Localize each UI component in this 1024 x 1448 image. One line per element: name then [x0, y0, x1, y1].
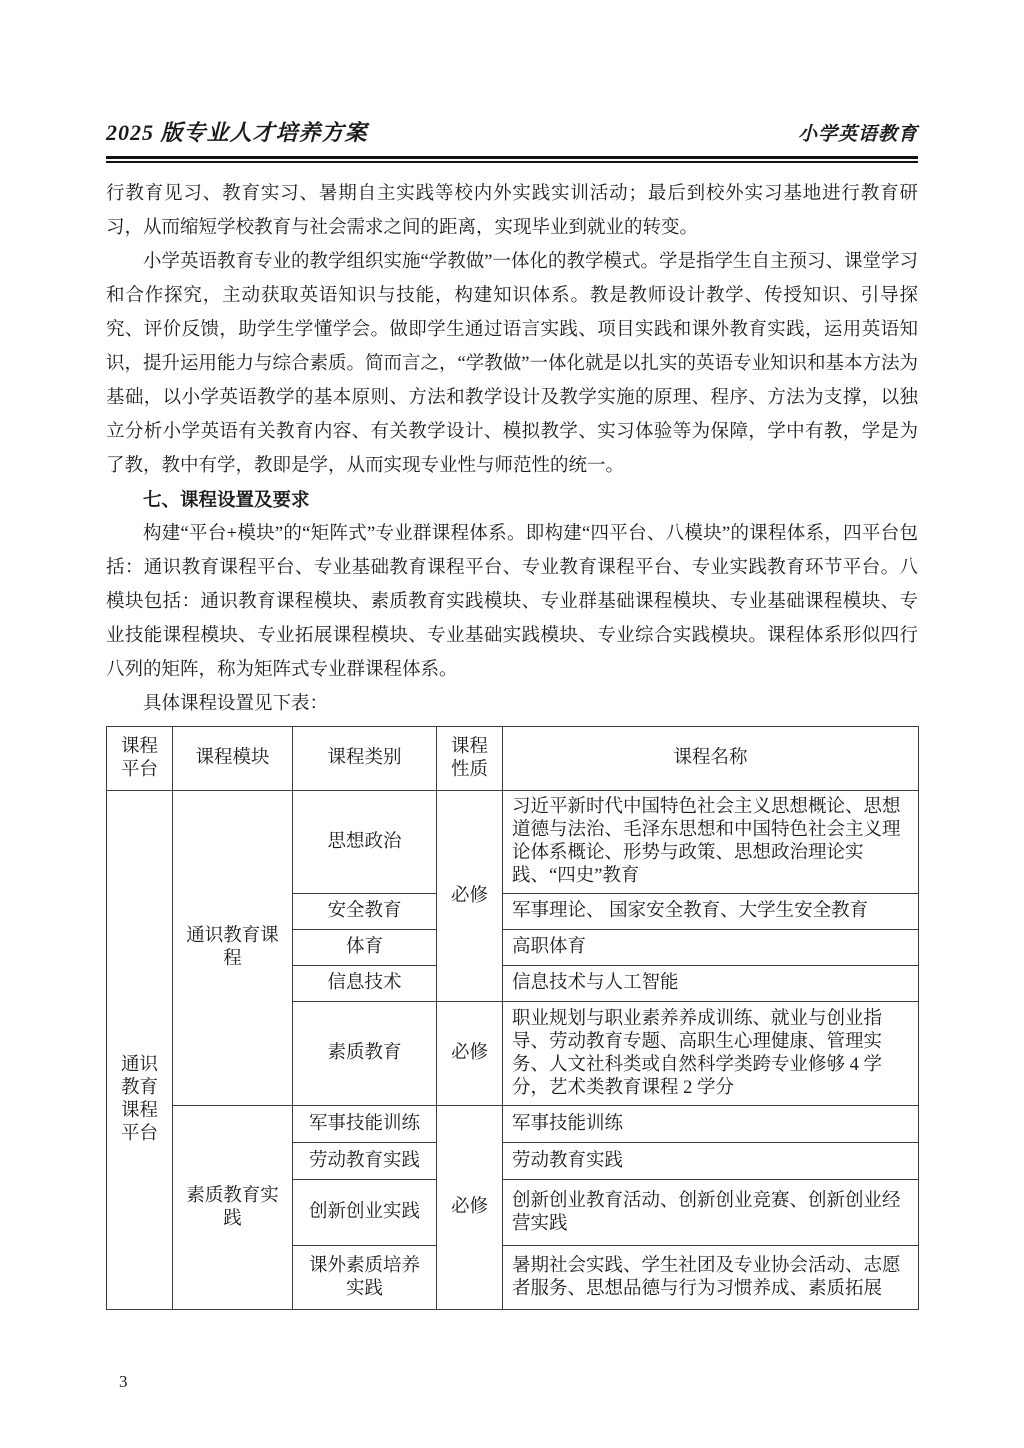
page-number: 3: [119, 1372, 128, 1392]
document-title: 2025 版专业人才培养方案: [106, 116, 368, 147]
running-head: 2025 版专业人才培养方案 小学英语教育: [106, 0, 918, 147]
cell-courses-innovation: 创新创业教育活动、创新创业竞赛、创新创业经营实践: [503, 1180, 919, 1246]
column-header-module: 课程模块: [173, 727, 293, 791]
body-text: 行教育见习、教育实习、暑期自主实践等校内外实践实训活动；最后到校外实习基地进行教…: [106, 177, 918, 721]
course-setup-table: 课程平台 课程模块 课程类别 课程性质 课程名称 通识教育课程平台 通识教育课程…: [106, 726, 919, 1310]
cell-nature-required-1: 必修: [437, 791, 503, 1002]
table-row-military-training: 素质教育实践 军事技能训练 必修 军事技能训练: [107, 1106, 919, 1143]
cell-courses-military: 军事技能训练: [503, 1106, 919, 1143]
cell-category-innovation: 创新创业实践: [293, 1180, 437, 1246]
cell-courses-it: 信息技术与人工智能: [503, 966, 919, 1002]
cell-courses-pe: 高职体育: [503, 930, 919, 966]
column-header-nature: 课程性质: [437, 727, 503, 791]
cell-category-ideology: 思想政治: [293, 791, 437, 894]
column-header-platform: 课程平台: [107, 727, 173, 791]
section-heading-courses: 七、课程设置及要求: [106, 483, 918, 517]
column-header-name: 课程名称: [503, 727, 919, 791]
cell-courses-labor: 劳动教育实践: [503, 1143, 919, 1180]
cell-module-general-courses: 通识教育课程: [173, 791, 293, 1106]
paragraph-practice-continuation: 行教育见习、教育实习、暑期自主实践等校内外实践实训活动；最后到校外实习基地进行教…: [106, 177, 918, 245]
table-row-ideology: 通识教育课程平台 通识教育课程 思想政治 必修 习近平新时代中国特色社会主义思想…: [107, 791, 919, 894]
document-page: 2025 版专业人才培养方案 小学英语教育 行教育见习、教育实习、暑期自主实践等…: [0, 0, 1024, 1448]
cell-platform-general-education: 通识教育课程平台: [107, 791, 173, 1310]
program-name: 小学英语教育: [798, 119, 918, 146]
cell-nature-required-2: 必修: [437, 1002, 503, 1106]
cell-courses-ideology: 习近平新时代中国特色社会主义思想概论、思想道德与法治、毛泽东思想和中国特色社会主…: [503, 791, 919, 894]
cell-module-quality-practice: 素质教育实践: [173, 1106, 293, 1310]
cell-category-labor: 劳动教育实践: [293, 1143, 437, 1180]
column-header-category: 课程类别: [293, 727, 437, 791]
cell-nature-required-3: 必修: [437, 1106, 503, 1310]
cell-courses-quality: 职业规划与职业素养养成训练、就业与创业指导、劳动教育专题、高职生心理健康、管理实…: [503, 1002, 919, 1106]
cell-category-it: 信息技术: [293, 966, 437, 1002]
cell-category-pe: 体育: [293, 930, 437, 966]
cell-category-safety: 安全教育: [293, 894, 437, 930]
table-header-row: 课程平台 课程模块 课程类别 课程性质 课程名称: [107, 727, 919, 791]
header-double-rule: [106, 156, 918, 163]
cell-category-quality: 素质教育: [293, 1002, 437, 1106]
cell-category-military: 军事技能训练: [293, 1106, 437, 1143]
table-intro: 具体课程设置见下表：: [106, 687, 918, 721]
cell-courses-safety: 军事理论、 国家安全教育、大学生安全教育: [503, 894, 919, 930]
paragraph-teaching-mode: 小学英语教育专业的教学组织实施“学教做”一体化的教学模式。学是指学生自主预习、课…: [106, 245, 918, 483]
cell-courses-extracurricular: 暑期社会实践、学生社团及专业协会活动、志愿者服务、思想品德与行为习惯养成、素质拓…: [503, 1246, 919, 1310]
cell-category-extracurricular: 课外素质培养实践: [293, 1246, 437, 1310]
paragraph-matrix-system: 构建“平台+模块”的“矩阵式”专业群课程体系。即构建“四平台、八模块”的课程体系…: [106, 517, 918, 687]
